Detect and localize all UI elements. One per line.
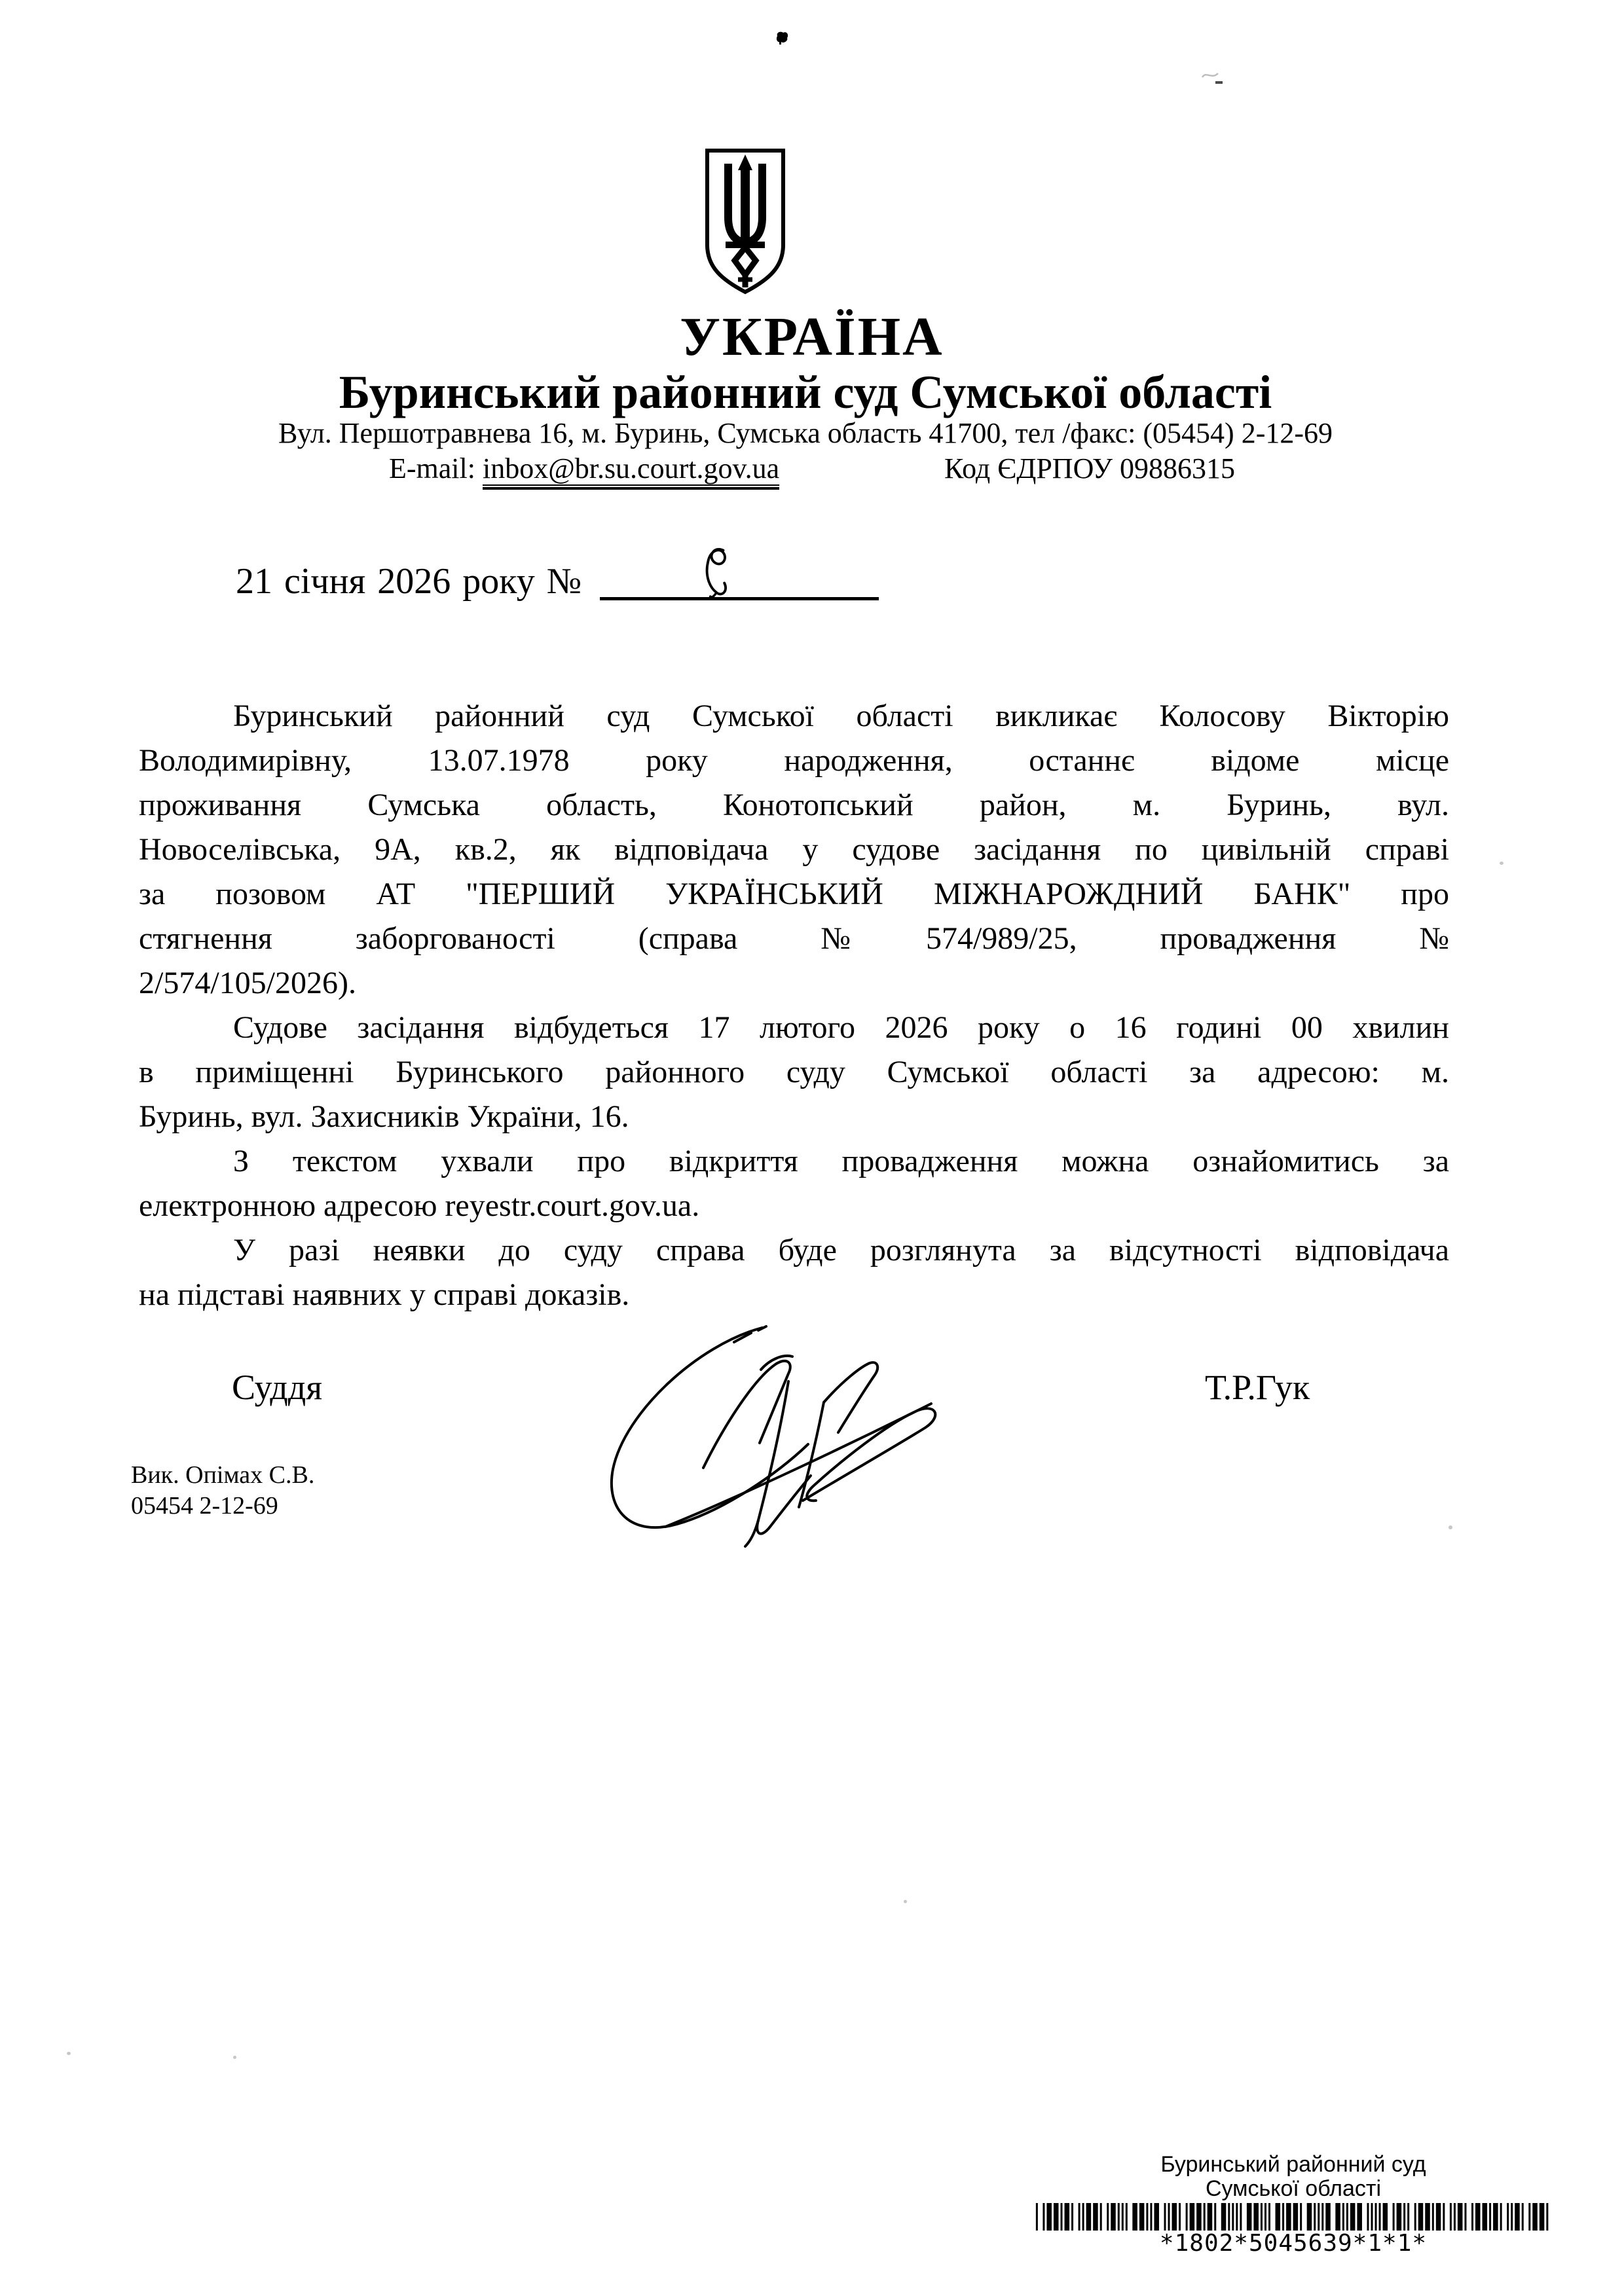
- judge-signature: [567, 1304, 947, 1550]
- document-body: Буринський районний суд Сумської області…: [139, 694, 1449, 1317]
- footer-court-line2: Сумської області: [1022, 2177, 1565, 2201]
- body-line: Буринський районний суд Сумської області…: [139, 694, 1449, 738]
- email-label: E-mail:: [389, 452, 475, 484]
- country-title: УКРАЇНА: [0, 305, 1624, 369]
- body-line: У разі неявки до суду справа буде розгля…: [139, 1228, 1449, 1273]
- footer-court-line1: Буринський районний суд: [1022, 2153, 1565, 2177]
- body-line: проживання Сумська область, Конотопський…: [139, 783, 1449, 828]
- date-and-number-line: 21 січня 2026 року №: [236, 560, 581, 602]
- judge-name: Т.Р.Гук: [1205, 1367, 1310, 1408]
- body-line: в приміщенні Буринського районного суду …: [139, 1050, 1449, 1095]
- body-line: електронною адресою reyestr.court.gov.ua…: [139, 1184, 1449, 1228]
- executor-phone: 05454 2-12-69: [131, 1491, 314, 1522]
- barcode: [1035, 2203, 1552, 2231]
- email-address: inbox@br.su.court.gov.ua: [483, 452, 779, 490]
- executor-block: Вик. Опімах С.В. 05454 2-12-69: [131, 1460, 314, 1522]
- pencil-mark-artifact: [1200, 68, 1228, 88]
- body-line: 2/574/105/2026).: [139, 961, 1449, 1006]
- body-line: за позовом АТ "ПЕРШИЙ УКРАЇНСЬКИЙ МІЖНАР…: [139, 872, 1449, 917]
- ukraine-coat-of-arms-icon: [702, 147, 788, 297]
- body-line: З текстом ухвали про відкриття проваджен…: [139, 1139, 1449, 1184]
- scan-speck: [233, 2056, 236, 2059]
- body-line: Новоселівська, 9А, кв.2, як відповідача …: [139, 828, 1449, 872]
- executor-name: Вик. Опімах С.В.: [131, 1460, 314, 1491]
- contact-row: E-mail: inbox@br.su.court.gov.ua Код ЄДР…: [0, 452, 1624, 491]
- body-line: Судове засідання відбудеться 17 лютого 2…: [139, 1006, 1449, 1050]
- edrpou-code: Код ЄДРПОУ 09886315: [944, 452, 1235, 485]
- barcode-digits: *1802*5045639*1*1*: [1022, 2231, 1565, 2257]
- court-name: Буринський районний суд Сумської області: [0, 365, 1611, 420]
- scan-speck: [904, 1900, 907, 1903]
- scan-speck: [67, 2052, 71, 2055]
- ink-blot-artifact: [774, 30, 790, 46]
- body-line: стягнення заборгованості (справа №574/98…: [139, 917, 1449, 961]
- scan-speck: [1449, 1525, 1452, 1529]
- paragraph: Судове засідання відбудеться 17 лютого 2…: [139, 1006, 1449, 1139]
- judge-label: Суддя: [232, 1367, 322, 1408]
- paragraph: З текстом ухвали про відкриття проваджен…: [139, 1139, 1449, 1228]
- paragraph: Буринський районний суд Сумської області…: [139, 694, 1449, 1006]
- handwritten-case-number: [694, 545, 740, 601]
- email-line: E-mail: inbox@br.su.court.gov.ua: [389, 452, 779, 485]
- footer-barcode-block: Буринський районний суд Сумської області…: [1022, 2153, 1565, 2257]
- body-line: Буринь, вул. Захисників України, 16.: [139, 1095, 1449, 1139]
- court-address-line: Вул. Першотравнева 16, м. Буринь, Сумськ…: [0, 416, 1611, 450]
- scanned-court-summons-page: УКРАЇНА Буринський районний суд Сумської…: [0, 0, 1624, 2296]
- body-line: Володимирівну, 13.07.1978 року народженн…: [139, 738, 1449, 783]
- scan-speck: [1500, 862, 1504, 865]
